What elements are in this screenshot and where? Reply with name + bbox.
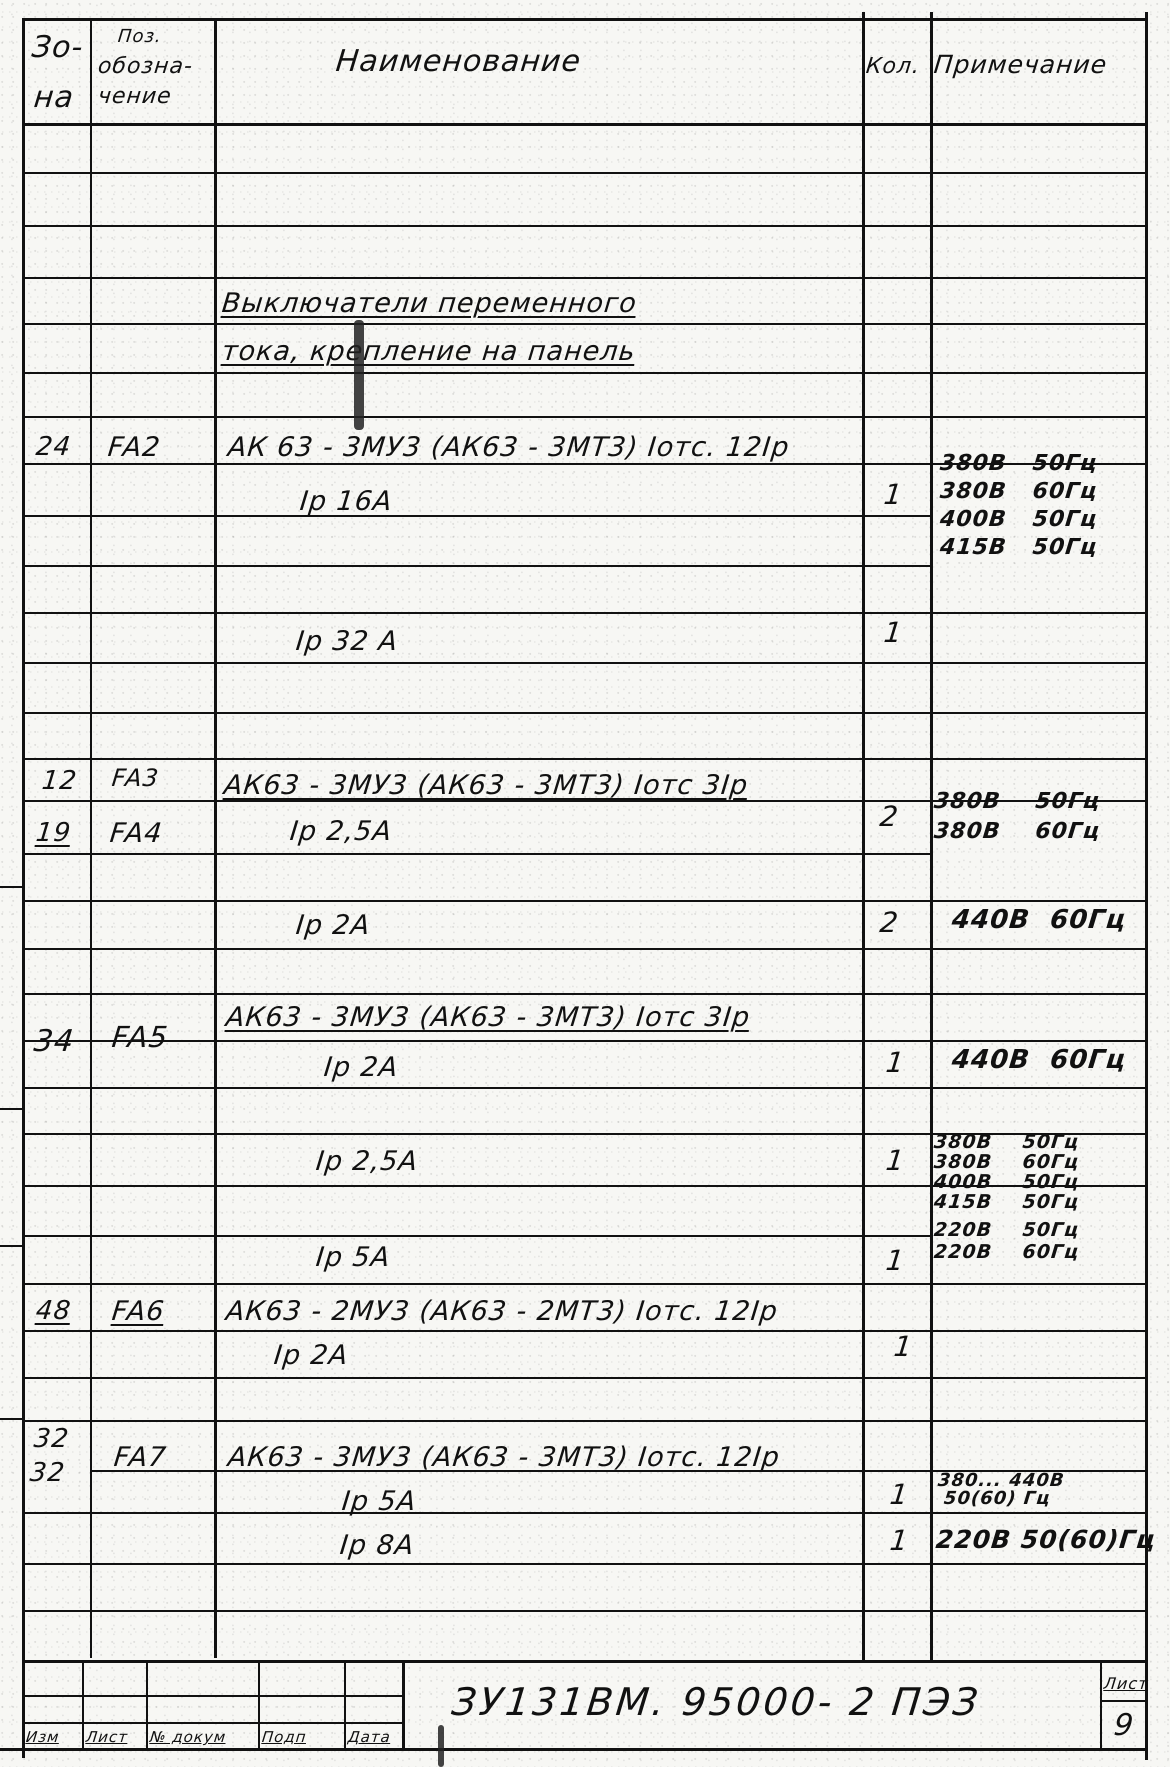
pos-cell: FA7	[112, 1442, 168, 1473]
row-line	[22, 1377, 1147, 1379]
name-cell: АК63 - 2МУ3 (АК63 - 2МТ3) Iотс. 12Iр	[224, 1296, 779, 1327]
name-cell: Iр 8А	[338, 1530, 416, 1561]
note-cell: 380В 60Гц	[933, 1154, 1080, 1171]
header-zone-l1: Зо-	[30, 30, 85, 65]
header-qty: Кол.	[865, 54, 922, 79]
title-col	[258, 1660, 260, 1748]
qty-cell: 2	[878, 906, 900, 939]
pos-cell: FA5	[110, 1020, 170, 1054]
name-cell: Iр 2А	[294, 910, 372, 941]
note-cell: 380В 50Гц	[939, 450, 1100, 478]
title-label-list: Лист	[85, 1728, 129, 1746]
row-line	[22, 1283, 1147, 1285]
row-line	[22, 172, 1147, 174]
note-cell: 440В 60Гц	[951, 1046, 1128, 1074]
row-line	[22, 662, 1147, 664]
row-line	[22, 1563, 1147, 1565]
row-line	[22, 900, 1147, 902]
header-note: Примечание	[932, 50, 1108, 79]
qty-cell: 1	[892, 1330, 914, 1363]
row-line	[22, 1420, 1147, 1422]
row-line	[22, 1512, 1147, 1514]
row-line	[22, 372, 1147, 374]
zone-cell: 48	[34, 1296, 72, 1326]
row-line	[22, 1330, 1147, 1332]
row-line	[22, 277, 1147, 279]
row-line	[22, 565, 932, 567]
col-line-zone	[90, 18, 92, 1658]
frame-bottom	[0, 1748, 1147, 1751]
title-col	[402, 1660, 405, 1748]
note-cell: 415В 50Гц	[933, 1194, 1080, 1211]
note-cell: 50(60) Гц	[943, 1490, 1051, 1507]
name-cell: Iр 2А	[272, 1340, 350, 1371]
row-line	[22, 416, 1147, 418]
margin-tick	[0, 1418, 22, 1420]
pos-cell: FA4	[108, 818, 164, 849]
qty-cell: 1	[884, 1046, 906, 1079]
row-line	[22, 225, 1147, 227]
qty-cell: 1	[884, 1244, 906, 1277]
title-col	[146, 1660, 148, 1748]
note-cell: 380... 440В	[937, 1472, 1065, 1489]
qty-cell: 2	[878, 800, 900, 833]
name-cell: АК63 - 3МУ3 (АК63 - 3МТ3) Iотс 3Iр	[224, 1002, 751, 1033]
pos-cell: FA2	[106, 432, 162, 463]
title-label-sign: Подп	[261, 1728, 308, 1746]
name-cell: Iр 16А	[298, 486, 394, 517]
zone-cell: 19	[34, 818, 72, 848]
zone-cell: 32	[32, 1424, 70, 1454]
header-name: Наименование	[334, 44, 583, 79]
name-cell: Iр 5А	[340, 1486, 418, 1517]
margin-tick	[0, 1108, 22, 1110]
frame-top	[22, 18, 1147, 21]
row-line	[22, 993, 1147, 995]
note-cell: 380В 60Гц	[939, 478, 1100, 506]
name-cell: Iр 5А	[314, 1242, 392, 1273]
row-line	[22, 758, 1147, 760]
qty-cell: 1	[884, 1144, 906, 1177]
spec-sheet: Зо- на Поз. обозна- чение Наименование К…	[0, 0, 1170, 1767]
ink-smudge	[354, 320, 364, 430]
section-title-line1: Выключатели переменного	[220, 288, 638, 319]
row-line	[22, 1610, 1147, 1612]
section-title-line2: тока, крепление на панель	[220, 336, 637, 367]
row-line	[22, 1087, 1147, 1089]
row-line	[22, 1235, 932, 1237]
name-cell: Iр 2,5А	[314, 1146, 419, 1177]
col-line-qty	[862, 12, 865, 1660]
name-cell: Iр 32 А	[294, 626, 399, 657]
note-cell: 400В 50Гц	[933, 1174, 1080, 1191]
name-cell: АК 63 - 3МУ3 (АК63 - 3МТ3) Iотс. 12Iр	[226, 432, 791, 463]
note-cell: 380В 50Гц	[933, 788, 1102, 816]
note-cell: 220В 50(60)Гц	[935, 1526, 1158, 1554]
row-line	[22, 1040, 1147, 1042]
row-line	[22, 853, 932, 855]
qty-cell: 1	[888, 1524, 910, 1557]
note-cell: 440В 60Гц	[951, 906, 1128, 934]
header-pos-l3: чение	[97, 84, 173, 109]
title-label-doc: № докум	[149, 1728, 227, 1746]
header-bottom	[22, 123, 1147, 126]
row-line	[22, 712, 1147, 714]
note-cell: 400В 50Гц	[939, 506, 1100, 534]
sheet-number: 9	[1112, 1708, 1136, 1743]
name-cell: АК63 - 3МУ3 (АК63 - 3МТ3) Iотс 3Iр	[222, 770, 749, 801]
note-cell: 380В 60Гц	[933, 818, 1102, 846]
note-cell: 220В 50Гц	[933, 1222, 1080, 1239]
qty-cell: 1	[888, 1478, 910, 1511]
row-line	[22, 323, 1147, 325]
title-col	[344, 1660, 346, 1748]
margin-tick	[0, 886, 22, 888]
name-cell: АК63 - 3МУ3 (АК63 - 3МТ3) Iотс. 12Iр	[226, 1442, 781, 1473]
title-label-date: Дата	[347, 1728, 392, 1746]
pos-cell: FA6	[110, 1296, 166, 1327]
col-line-pos	[214, 18, 217, 1658]
ink-smudge	[438, 1725, 444, 1767]
title-col	[82, 1660, 84, 1748]
name-cell: Iр 2А	[322, 1052, 400, 1083]
zone-cell: 12	[40, 766, 78, 796]
row-line	[22, 612, 1147, 614]
row-line	[22, 948, 1147, 950]
row-line	[22, 515, 932, 517]
frame-right	[1145, 12, 1148, 1760]
document-number: ЗУ131ВМ. 95000- 2 ПЭЗ	[450, 1680, 983, 1724]
title-label-izm: Изм	[25, 1728, 60, 1746]
qty-cell: 1	[882, 616, 904, 649]
header-zone-l2: на	[32, 80, 76, 115]
header-pos-l1: Поз.	[117, 26, 163, 47]
sheet-box-divider	[1100, 1700, 1145, 1702]
title-block-top	[22, 1660, 1147, 1663]
zone-cell: 24	[34, 432, 72, 462]
frame-left	[22, 18, 25, 1758]
margin-tick	[0, 1245, 22, 1247]
note-cell: 415В 50Гц	[939, 534, 1100, 562]
name-cell: Iр 2,5А	[288, 816, 393, 847]
pos-cell: FA3	[111, 764, 161, 792]
header-pos-l2: обозна-	[97, 54, 195, 79]
zone-cell-2: 32	[28, 1458, 66, 1488]
qty-cell: 1	[882, 478, 904, 511]
zone-cell: 34	[32, 1024, 76, 1059]
sheet-box-left	[1100, 1660, 1102, 1748]
note-cell: 380В 50Гц	[933, 1134, 1080, 1151]
sheet-label: Лист	[1103, 1674, 1150, 1693]
note-cell: 220В 60Гц	[933, 1244, 1080, 1261]
